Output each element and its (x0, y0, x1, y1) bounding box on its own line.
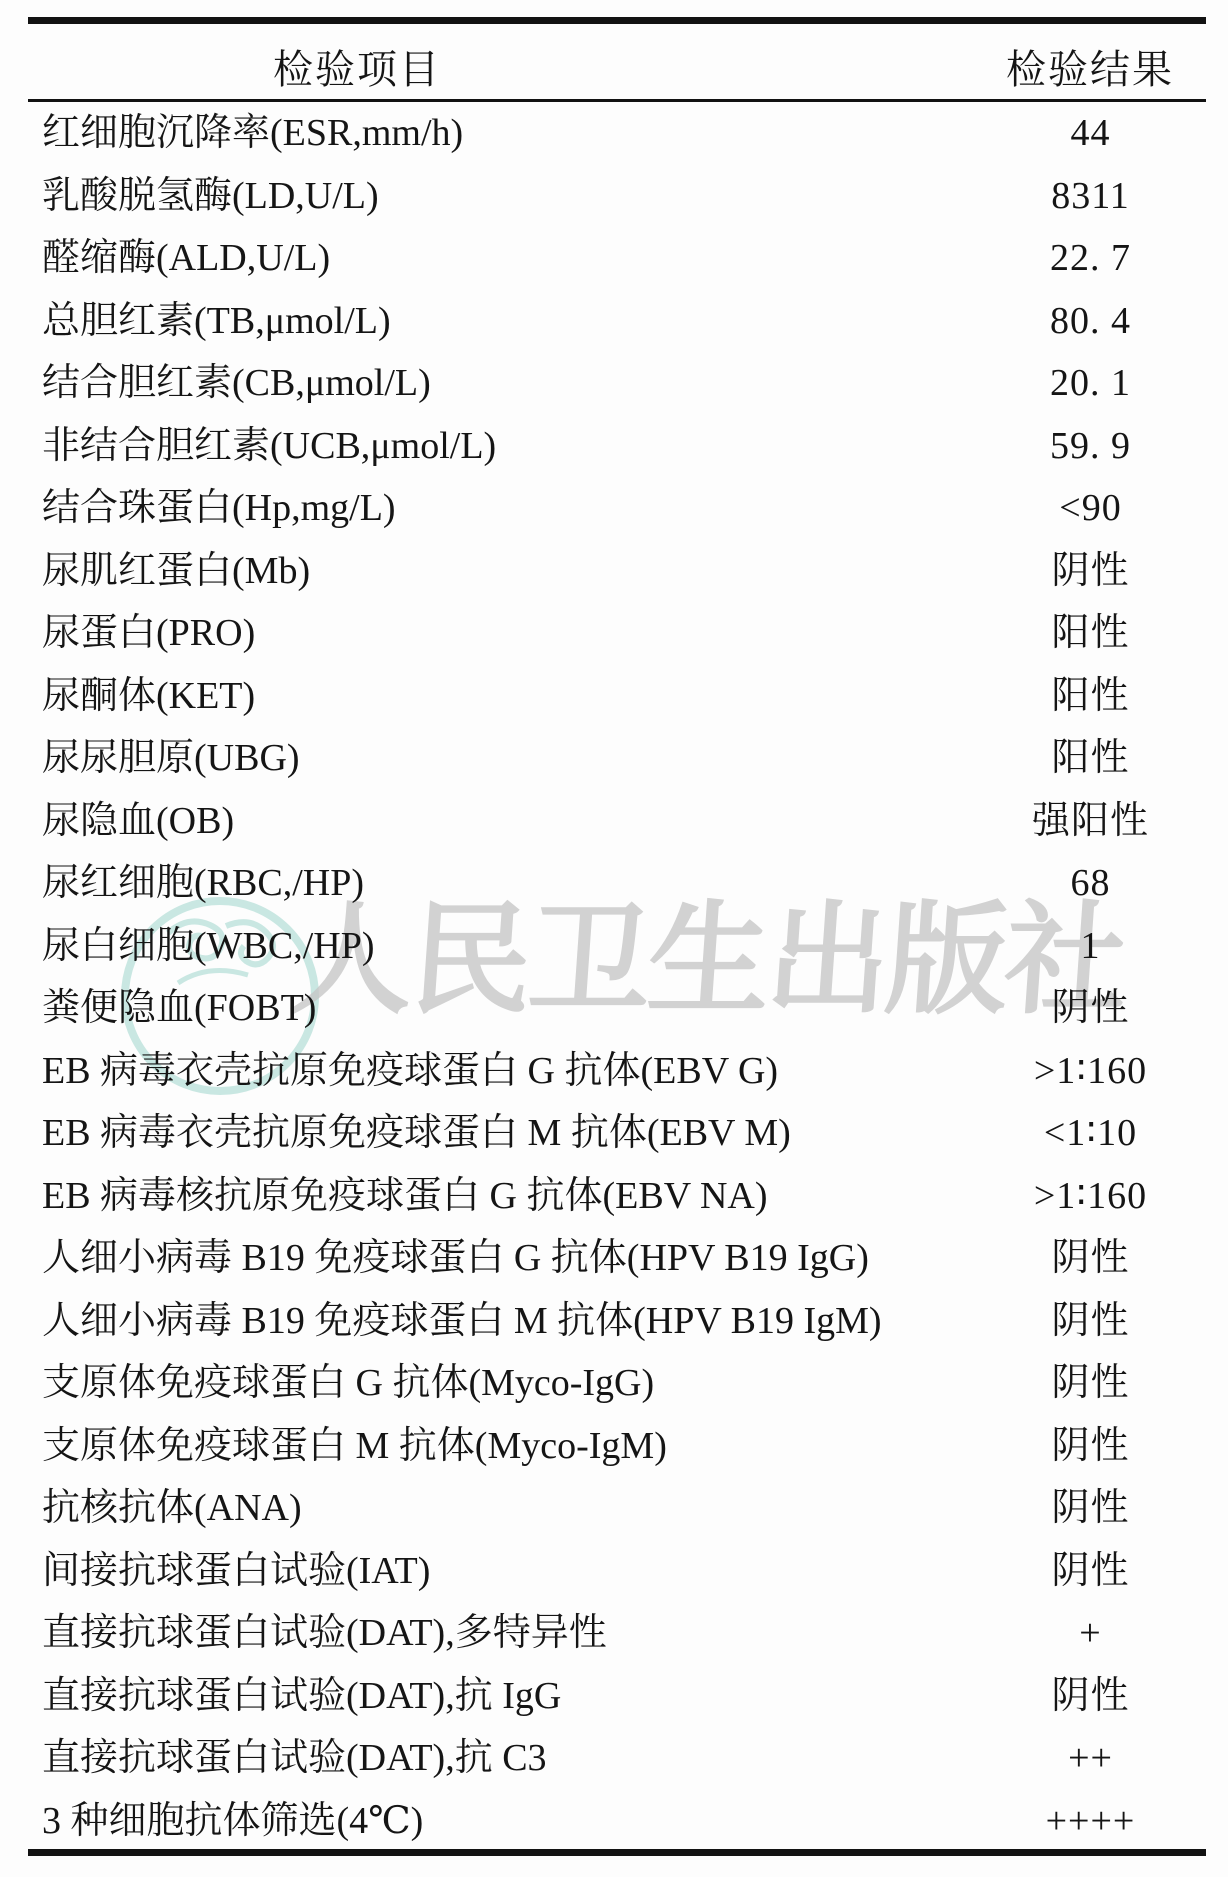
result-cell: 阴性 (988, 1427, 1193, 1465)
result-cell: <90 (988, 489, 1193, 527)
item-cell: 间接抗球蛋白试验(IAT) (0, 1552, 988, 1590)
item-cell: 结合胆红素(CB,μmol/L) (0, 364, 988, 402)
item-cell: 人细小病毒 B19 免疫球蛋白 G 抗体(HPV B19 IgG) (0, 1239, 988, 1277)
table-row: 乳酸脱氢酶(LD,U/L) 8311 (0, 165, 1228, 228)
table-row: 直接抗球蛋白试验(DAT),抗 IgG 阴性 (0, 1665, 1228, 1728)
result-cell: <1∶10 (988, 1114, 1193, 1152)
table-row: 人细小病毒 B19 免疫球蛋白 G 抗体(HPV B19 IgG) 阴性 (0, 1227, 1228, 1290)
result-cell: ++++ (988, 1802, 1193, 1840)
table-row: 红细胞沉降率(ESR,mm/h) 44 (0, 102, 1228, 165)
table-row: 尿红细胞(RBC,/HP) 68 (0, 852, 1228, 915)
page: 检验项目 检验结果 人民卫生出版社 红细胞沉降率(ESR,mm/h) 44 乳酸… (0, 0, 1228, 1877)
item-cell: 尿蛋白(PRO) (0, 614, 988, 652)
item-cell: 人细小病毒 B19 免疫球蛋白 M 抗体(HPV B19 IgM) (0, 1302, 988, 1340)
result-cell: + (988, 1614, 1193, 1652)
table-row: 3 种细胞抗体筛选(4℃) ++++ (0, 1790, 1228, 1853)
table-row: 尿酮体(KET) 阳性 (0, 665, 1228, 728)
item-cell: EB 病毒衣壳抗原免疫球蛋白 M 抗体(EBV M) (0, 1114, 988, 1152)
item-cell: 直接抗球蛋白试验(DAT),抗 C3 (0, 1739, 988, 1777)
result-cell: 阴性 (988, 1364, 1193, 1402)
table-row: 结合胆红素(CB,μmol/L) 20. 1 (0, 352, 1228, 415)
table-row: 结合珠蛋白(Hp,mg/L) <90 (0, 477, 1228, 540)
table-row: 抗核抗体(ANA) 阴性 (0, 1477, 1228, 1540)
result-cell: 强阳性 (988, 802, 1193, 840)
table-row: 直接抗球蛋白试验(DAT),抗 C3 ++ (0, 1727, 1228, 1790)
item-cell: 3 种细胞抗体筛选(4℃) (0, 1802, 988, 1840)
result-cell: 1 (988, 927, 1193, 965)
result-cell: 8311 (988, 177, 1193, 215)
table-row: 非结合胆红素(UCB,μmol/L) 59. 9 (0, 415, 1228, 478)
item-cell: 支原体免疫球蛋白 M 抗体(Myco-IgM) (0, 1427, 988, 1465)
result-cell: >1∶160 (988, 1177, 1193, 1215)
table-row: 尿白细胞(WBC,/HP) 1 (0, 915, 1228, 978)
result-cell: 阴性 (988, 1239, 1193, 1277)
result-cell: 阳性 (988, 614, 1193, 652)
item-cell: 尿隐血(OB) (0, 802, 988, 840)
item-cell: EB 病毒核抗原免疫球蛋白 G 抗体(EBV NA) (0, 1177, 988, 1215)
item-cell: 直接抗球蛋白试验(DAT),多特异性 (0, 1614, 988, 1652)
result-cell: 阴性 (988, 1302, 1193, 1340)
table-row: 醛缩酶(ALD,U/L) 22. 7 (0, 227, 1228, 290)
item-cell: 支原体免疫球蛋白 G 抗体(Myco-IgG) (0, 1364, 988, 1402)
table-row: EB 病毒核抗原免疫球蛋白 G 抗体(EBV NA) >1∶160 (0, 1165, 1228, 1228)
table-row: 人细小病毒 B19 免疫球蛋白 M 抗体(HPV B19 IgM) 阴性 (0, 1290, 1228, 1353)
table-row: EB 病毒衣壳抗原免疫球蛋白 G 抗体(EBV G) >1∶160 (0, 1040, 1228, 1103)
table-row: 粪便隐血(FOBT) 阴性 (0, 977, 1228, 1040)
item-cell: 抗核抗体(ANA) (0, 1489, 988, 1527)
result-cell: 68 (988, 864, 1193, 902)
item-cell: 尿白细胞(WBC,/HP) (0, 927, 988, 965)
table-row: 尿蛋白(PRO) 阳性 (0, 602, 1228, 665)
item-cell: 尿红细胞(RBC,/HP) (0, 864, 988, 902)
result-cell: 阴性 (988, 1489, 1193, 1527)
result-cell: 阳性 (988, 677, 1193, 715)
item-cell: 粪便隐血(FOBT) (0, 989, 988, 1027)
result-cell: 阴性 (988, 1677, 1193, 1715)
table-row: 间接抗球蛋白试验(IAT) 阴性 (0, 1540, 1228, 1603)
table-row: 尿尿胆原(UBG) 阳性 (0, 727, 1228, 790)
result-cell: 59. 9 (988, 427, 1193, 465)
result-cell: 阴性 (988, 552, 1193, 590)
result-cell: 80. 4 (988, 302, 1193, 340)
item-cell: 尿肌红蛋白(Mb) (0, 552, 988, 590)
item-cell: 红细胞沉降率(ESR,mm/h) (0, 114, 988, 152)
table-row: 总胆红素(TB,μmol/L) 80. 4 (0, 290, 1228, 353)
table-body: 红细胞沉降率(ESR,mm/h) 44 乳酸脱氢酶(LD,U/L) 8311 醛… (0, 102, 1228, 1852)
result-cell: 44 (988, 114, 1193, 152)
table-row: 支原体免疫球蛋白 M 抗体(Myco-IgM) 阴性 (0, 1415, 1228, 1478)
table-row: 直接抗球蛋白试验(DAT),多特异性 + (0, 1602, 1228, 1665)
result-cell: 阴性 (988, 989, 1193, 1027)
result-cell: 阴性 (988, 1552, 1193, 1590)
item-cell: 总胆红素(TB,μmol/L) (0, 302, 988, 340)
item-cell: 结合珠蛋白(Hp,mg/L) (0, 489, 988, 527)
table-row: 尿肌红蛋白(Mb) 阴性 (0, 540, 1228, 603)
table-row: 支原体免疫球蛋白 G 抗体(Myco-IgG) 阴性 (0, 1352, 1228, 1415)
item-cell: EB 病毒衣壳抗原免疫球蛋白 G 抗体(EBV G) (0, 1052, 988, 1090)
result-cell: 阳性 (988, 739, 1193, 777)
result-cell: 22. 7 (988, 239, 1193, 277)
item-cell: 非结合胆红素(UCB,μmol/L) (0, 427, 988, 465)
result-cell: ++ (988, 1739, 1193, 1777)
item-cell: 直接抗球蛋白试验(DAT),抗 IgG (0, 1677, 988, 1715)
result-cell: >1∶160 (988, 1052, 1193, 1090)
item-cell: 醛缩酶(ALD,U/L) (0, 239, 988, 277)
table-row: EB 病毒衣壳抗原免疫球蛋白 M 抗体(EBV M) <1∶10 (0, 1102, 1228, 1165)
item-cell: 尿酮体(KET) (0, 677, 988, 715)
result-cell: 20. 1 (988, 364, 1193, 402)
table-row: 尿隐血(OB) 强阳性 (0, 790, 1228, 853)
item-cell: 尿尿胆原(UBG) (0, 739, 988, 777)
item-cell: 乳酸脱氢酶(LD,U/L) (0, 177, 988, 215)
